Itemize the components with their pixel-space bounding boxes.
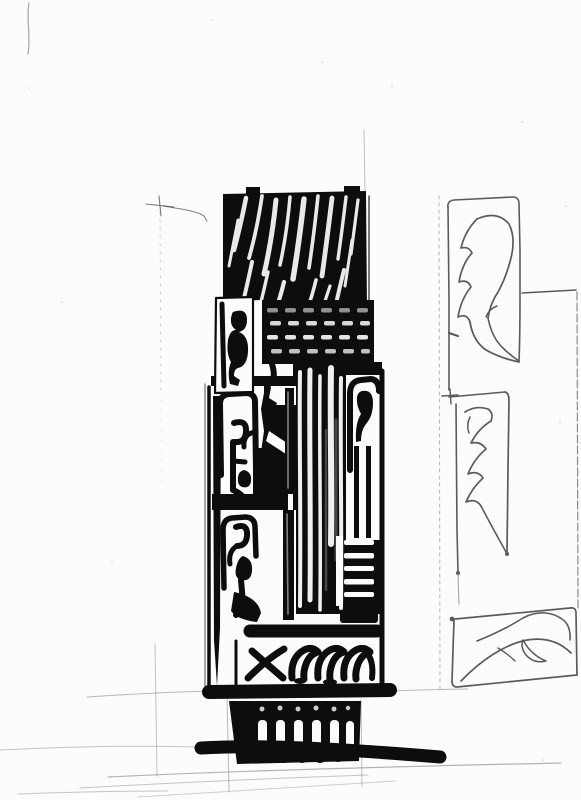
panel-outline [505, 392, 509, 553]
zone-dark-mass [253, 448, 273, 494]
base-guide-vertical [361, 699, 362, 787]
base-guide-horizontal [0, 746, 201, 750]
crook-sub-bar [366, 446, 371, 538]
diagonal-tick [163, 206, 207, 221]
zone-right-stripe [285, 388, 294, 494]
zone-divider [212, 494, 288, 510]
core-white-gap [336, 536, 343, 606]
page-edge-guide [577, 292, 578, 610]
ground-guide-line [108, 763, 561, 777]
vertical-stripes-core [293, 362, 382, 614]
leaf-motif [449, 215, 519, 362]
base-guide-horizontal [87, 691, 208, 697]
sketch-page [0, 0, 581, 800]
crook-panel [346, 374, 380, 540]
hatched-top-block [223, 186, 369, 310]
left-glyph-panel [215, 297, 253, 393]
base-bar [209, 690, 390, 692]
panel-outline [452, 620, 577, 687]
base-guide-horizontal [390, 689, 468, 691]
left-drip-bar [213, 396, 221, 686]
stroke-end-dot [450, 617, 455, 622]
panel-outline [455, 608, 577, 675]
block-bump [344, 186, 360, 193]
right-study-panel-bottom [450, 608, 577, 687]
central-ink-structure [201, 186, 440, 764]
panel-extension-line [522, 290, 576, 293]
block-bump [246, 187, 260, 194]
panel-outline [456, 404, 458, 572]
right-study-panel-top [448, 197, 578, 610]
panel-outline-faint [458, 575, 459, 604]
claw [318, 648, 344, 679]
ground-guide-line [18, 791, 168, 794]
right-study-panel-middle [442, 389, 509, 604]
margin-guide-line [28, 3, 29, 54]
left-ornament-zone [211, 376, 296, 624]
crook-sub-bar [354, 446, 359, 538]
wave-leaf-motif [461, 613, 571, 681]
glyph-arm [233, 461, 245, 462]
top-axis-tick [364, 130, 365, 191]
ground-guide-line [80, 775, 368, 788]
claw-blob [294, 678, 306, 684]
x-claw [248, 649, 284, 678]
column-guide-dotted [439, 196, 440, 692]
vertical-guide-dotted [161, 400, 162, 490]
leaf-motif [465, 408, 506, 552]
upper-short-bar [340, 611, 378, 623]
glyph-bar [222, 304, 224, 386]
base-guide-vertical [155, 644, 157, 776]
panel-outline [448, 207, 449, 390]
right-study-column [439, 196, 578, 692]
stripe-highlight [287, 514, 288, 614]
vertical-guide-dotted [160, 212, 161, 395]
claw [292, 648, 318, 679]
glyph-dot [237, 342, 243, 348]
pencil-dash [449, 333, 458, 336]
sketch-canvas [0, 0, 581, 800]
claw-end-hook [366, 652, 372, 678]
base-assembly [201, 690, 440, 764]
